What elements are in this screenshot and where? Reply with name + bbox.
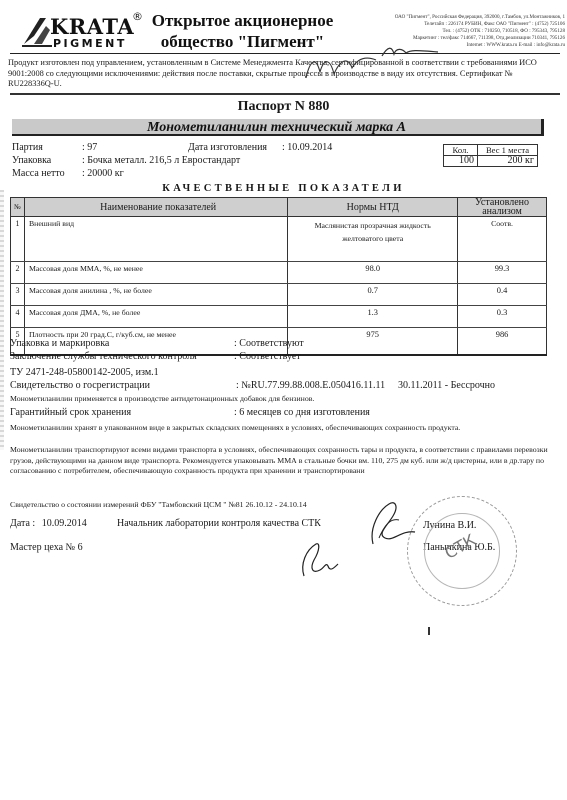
- intro-signature-icon: [300, 54, 380, 80]
- contact-line: Телетайп : 226174 РУБИН, Факс ОАО "Пигме…: [335, 21, 565, 28]
- product-name: Монометиланилин технический марка А: [12, 119, 544, 136]
- col-header-result: Установлено анализом: [458, 198, 547, 217]
- manufacture-date-value: : 10.09.2014: [282, 142, 332, 154]
- manufacture-date-label: Дата изготовления: [188, 142, 267, 154]
- passport-title: Паспорт N 880: [0, 99, 567, 115]
- contact-line: Тел. : (4752) ОТК : 710250, 710518, ФО :…: [335, 28, 565, 35]
- col-header-number: №: [11, 198, 25, 217]
- quantity-table: Кол. Вес 1 места 100 200 кг: [443, 144, 538, 167]
- logo-mark-icon: [20, 14, 54, 48]
- warranty-row: Гарантийный срок хранения : 6 месяцев со…: [10, 407, 410, 419]
- master-title: Мастер цеха № 6: [10, 542, 83, 554]
- state-registration-value: : №RU.77.99.88.008.Е.050416.11.11: [236, 380, 385, 392]
- row-number: 1: [11, 217, 25, 262]
- unit-weight-header: Вес 1 места: [478, 145, 538, 156]
- norm-value: 98.0: [288, 262, 458, 284]
- batch-value: : 97: [82, 142, 97, 154]
- state-registration-period: 30.11.2011 - Бессрочно: [398, 380, 495, 392]
- official-stamp-icon: СТК: [407, 496, 517, 606]
- table-row: 3 Массовая доля анилина , %, не более 0.…: [11, 284, 547, 306]
- spec-row: ТУ 2471-248-05800142-2005, изм.1: [10, 367, 410, 379]
- state-registration-row: Свидетельство о госрегистрации : №RU.77.…: [10, 380, 560, 392]
- indicator-name: Внешний вид: [24, 217, 287, 262]
- packaging-value: : Соответствуют: [234, 338, 304, 350]
- indicator-name: Массовая доля ДМА, %, не более: [24, 306, 287, 328]
- result-value: 0.4: [458, 284, 547, 306]
- qty-value: 100: [444, 156, 478, 167]
- state-registration-label: Свидетельство о госрегистрации: [10, 380, 150, 392]
- quality-section-title: КАЧЕСТВЕННЫЕ ПОКАЗАТЕЛИ: [0, 183, 567, 194]
- warranty-value: : 6 месяцев со дня изготовления: [234, 407, 370, 419]
- norm-value: 0.7: [288, 284, 458, 306]
- logo-subtitle: PIGMENT: [53, 37, 127, 50]
- tech-control-label: Заключение службы технического контроля: [10, 351, 197, 363]
- tech-control-row: Заключение службы технического контроля …: [10, 351, 410, 363]
- passport-document: KRATA ® PIGMENT Открытое акционерное общ…: [0, 0, 567, 800]
- tech-control-value: : Соответствует: [234, 351, 301, 363]
- contact-line: ОАО "Пигмент", Российская Федерация, 392…: [335, 14, 565, 21]
- company-line-1: Открытое акционерное: [145, 10, 340, 31]
- indicator-name: Массовая доля ММА, %, не менее: [24, 262, 287, 284]
- net-mass-label: Масса нетто: [12, 168, 65, 180]
- norm-value: Маслянистая прозрачная жидкость желтоват…: [288, 217, 458, 262]
- package-label: Упаковка: [12, 155, 51, 167]
- table-row: 1 Внешний вид Маслянистая прозрачная жид…: [11, 217, 547, 262]
- storage-paragraph: Монометиланилин хранят в упакованном вид…: [10, 423, 558, 434]
- logo-brand: KRATA: [50, 14, 134, 39]
- lab-head-signature-icon: [365, 498, 420, 548]
- result-value: 99.3: [458, 262, 547, 284]
- qms-statement: Продукт изготовлен под управлением, уста…: [8, 58, 558, 90]
- lab-head-title: Начальник лаборатории контроля качества …: [117, 518, 321, 530]
- table-row: 2 Массовая доля ММА, %, не менее 98.0 99…: [11, 262, 547, 284]
- package-row: Упаковка : Бочка металл. 216,5 л Евроста…: [12, 155, 332, 167]
- spec-text: ТУ 2471-248-05800142-2005, изм.1: [10, 367, 159, 379]
- signature-date: Дата : 10.09.2014: [10, 518, 87, 530]
- norm-value: 1.3: [288, 306, 458, 328]
- net-mass-value: : 20000 кг: [82, 168, 124, 180]
- result-value: 0.3: [458, 306, 547, 328]
- contact-info: ОАО "Пигмент", Российская Федерация, 392…: [335, 14, 565, 49]
- row-number: 4: [11, 306, 25, 328]
- scan-artifact: [0, 190, 4, 450]
- date-value: 10.09.2014: [42, 518, 87, 529]
- date-label: Дата :: [10, 518, 35, 529]
- manufacture-date-row: Дата изготовления : 10.09.2014: [188, 142, 388, 154]
- unit-weight-value: 200 кг: [478, 156, 538, 167]
- registered-mark: ®: [132, 10, 143, 23]
- contact-line: Маркетинг : тел/факс 714667, 711398, Отд…: [335, 35, 565, 42]
- divider: [10, 93, 560, 95]
- company-name: Открытое акционерное общество "Пигмент": [145, 10, 340, 52]
- net-mass-row: Масса нетто : 20000 кг: [12, 168, 212, 180]
- contact-line: Internet : WWW.krata.ru E-mail : info@kr…: [335, 42, 565, 49]
- col-header-norm: Нормы НТД: [288, 198, 458, 217]
- letterhead: KRATA ® PIGMENT Открытое акционерное общ…: [10, 6, 560, 54]
- result-value: Соотв.: [458, 217, 547, 262]
- result-value: 986: [458, 328, 547, 355]
- scan-mark: [428, 627, 430, 635]
- row-number: 2: [11, 262, 25, 284]
- indicator-name: Массовая доля анилина , %, не более: [24, 284, 287, 306]
- company-line-2: общество "Пигмент": [145, 31, 340, 52]
- header-signature-icon: [380, 44, 440, 58]
- krata-logo: KRATA ® PIGMENT: [20, 12, 145, 50]
- usage-note: Монометиланилин применяется в производст…: [10, 394, 560, 404]
- batch-row: Партия : 97: [12, 142, 212, 154]
- master-signature-icon: [298, 540, 343, 580]
- row-number: 3: [11, 284, 25, 306]
- col-header-name: Наименование показателей: [24, 198, 287, 217]
- transport-paragraph: Монометиланилин транспортируют всеми вид…: [10, 445, 558, 477]
- table-row: 4 Массовая доля ДМА, %, не более 1.3 0.3: [11, 306, 547, 328]
- packaging-row: Упаковка и маркировка : Соответствуют: [10, 338, 410, 350]
- packaging-label: Упаковка и маркировка: [10, 338, 109, 350]
- batch-label: Партия: [12, 142, 43, 154]
- quality-table: № Наименование показателей Нормы НТД Уст…: [10, 197, 547, 356]
- package-value: : Бочка металл. 216,5 л Евростандарт: [82, 155, 240, 167]
- warranty-label: Гарантийный срок хранения: [10, 407, 131, 419]
- usage-text: Монометиланилин применяется в производст…: [10, 394, 314, 404]
- qty-header: Кол.: [444, 145, 478, 156]
